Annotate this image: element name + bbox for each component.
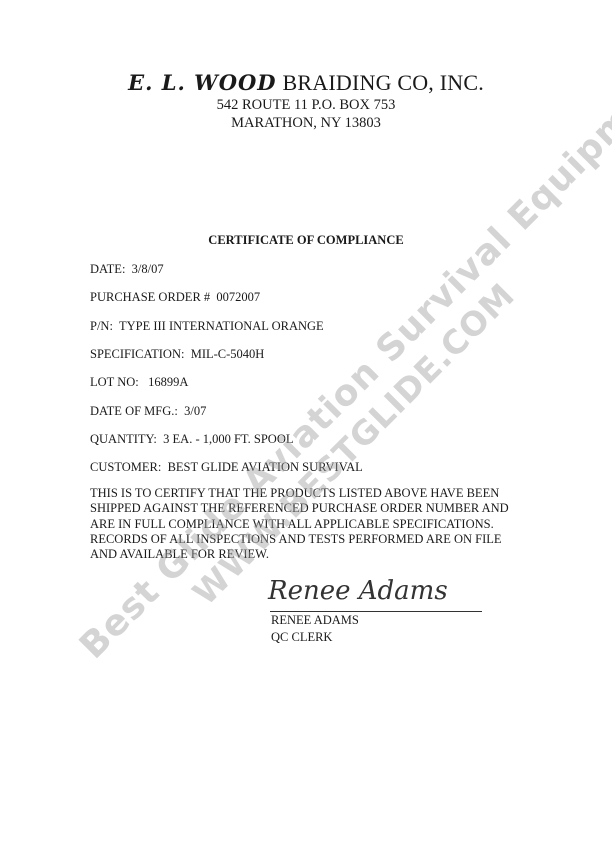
company-name: E. L. WOODBRAIDING CO, INC. xyxy=(0,70,612,96)
field-part-number: P/N: TYPE III INTERNATIONAL ORANGE xyxy=(90,319,324,334)
company-name-rest: BRAIDING CO, INC. xyxy=(283,70,484,95)
signature: Renee Adams xyxy=(268,576,448,606)
signer-title: QC CLERK xyxy=(271,630,332,645)
field-specification: SPECIFICATION: MIL-C-5040H xyxy=(90,347,264,362)
company-script-name: E. L. WOOD xyxy=(128,70,276,95)
field-quantity: QUANTITY: 3 EA. - 1,000 FT. SPOOL xyxy=(90,432,294,447)
field-purchase-order: PURCHASE ORDER # 0072007 xyxy=(90,290,260,305)
address-line-2: MARATHON, NY 13803 xyxy=(0,115,612,132)
field-date-of-mfg: DATE OF MFG.: 3/07 xyxy=(90,404,206,419)
field-date: DATE: 3/8/07 xyxy=(90,262,164,277)
signer-name: RENEE ADAMS xyxy=(271,613,359,628)
signature-line xyxy=(270,611,482,612)
address-line-1: 542 ROUTE 11 P.O. BOX 753 xyxy=(0,97,612,114)
field-lot-number: LOT NO: 16899A xyxy=(90,375,188,390)
